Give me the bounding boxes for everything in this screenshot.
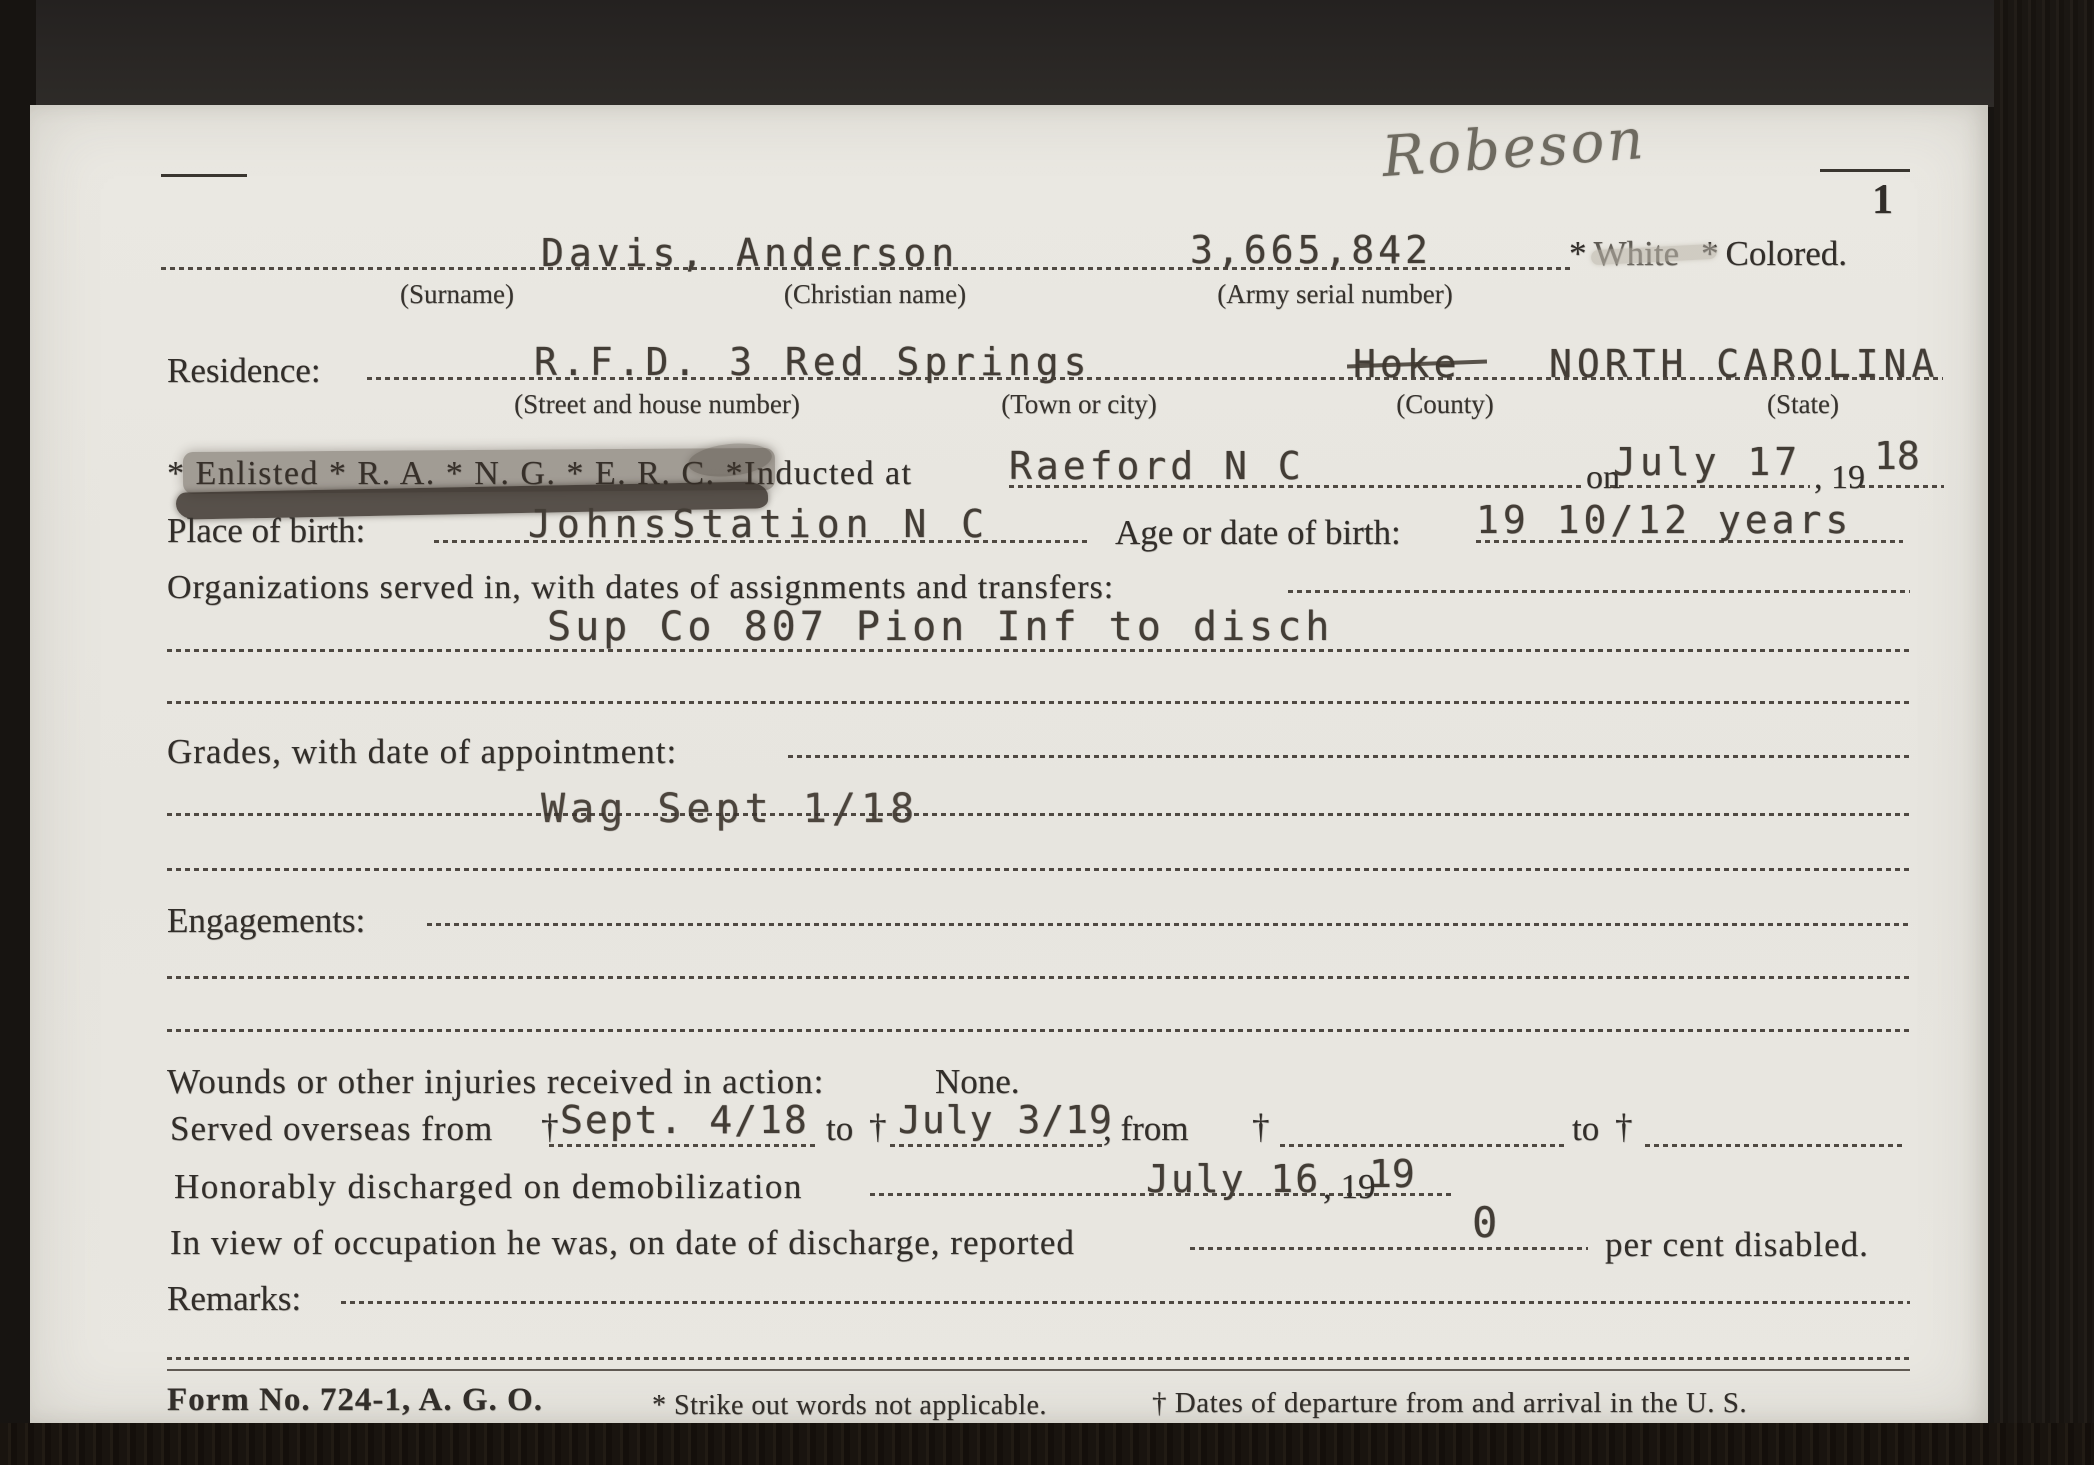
- disability-label: In view of occupation he was, on date of…: [170, 1223, 1075, 1263]
- dotted-line: [167, 649, 1910, 652]
- typed-discharge-year: 19: [1369, 1152, 1415, 1196]
- typed-discharge-date: July 16: [1146, 1157, 1320, 1201]
- dotted-line: [1610, 485, 1810, 488]
- corner-dash-mark: [161, 174, 247, 177]
- scanned-document-page: { "scan": { "page_number": "1", "handwri…: [0, 0, 2094, 1465]
- dotted-line: [341, 1301, 1910, 1304]
- race-options: *White*Colored.: [1569, 234, 1847, 274]
- scan-frame-right: [1994, 0, 2094, 1465]
- engagements-label: Engagements:: [167, 901, 365, 941]
- dotted-line: [167, 1029, 1910, 1032]
- dotted-line: [427, 923, 1910, 926]
- page-number: 1: [1872, 176, 1893, 224]
- to-label: to: [826, 1109, 853, 1149]
- serial-number-caption: (Army serial number): [1217, 279, 1452, 310]
- wounds-label: Wounds or other injuries received in act…: [167, 1062, 824, 1102]
- page-number-rule: [1820, 169, 1910, 172]
- typed-serial-number: 3,665,842: [1190, 228, 1432, 272]
- year-prefix-label: , 19: [1814, 459, 1865, 497]
- dagger-symbol: †: [1252, 1107, 1270, 1147]
- typed-age: 19 10/12 years: [1476, 498, 1852, 542]
- organizations-label: Organizations served in, with dates of a…: [167, 569, 1114, 607]
- race-colored-label: Colored.: [1726, 234, 1848, 273]
- from-label: , from: [1103, 1109, 1189, 1149]
- dagger-symbol: †: [869, 1107, 887, 1147]
- footnote-dates: † Dates of departure from and arrival in…: [1152, 1387, 1747, 1420]
- dotted-line: [1190, 1247, 1588, 1250]
- typed-state: NORTH CAROLINA: [1549, 342, 1939, 386]
- dotted-line: [890, 1144, 1103, 1147]
- rule-line: [167, 1369, 1910, 1371]
- dotted-line: [788, 755, 1910, 758]
- typed-grade: Wag Sept 1/18: [541, 786, 919, 832]
- typed-organizations: Sup Co 807 Pion Inf to disch: [547, 604, 1333, 650]
- disability-suffix-label: per cent disabled.: [1605, 1225, 1869, 1265]
- wounds-value: None.: [935, 1062, 1020, 1102]
- christian-name-caption: (Christian name): [784, 279, 966, 310]
- dotted-line: [1476, 540, 1903, 543]
- dotted-line: [167, 701, 1910, 704]
- scan-frame-top: [36, 0, 2094, 107]
- year-prefix-label: , 19: [1323, 1167, 1376, 1207]
- to-label: to: [1572, 1109, 1599, 1149]
- dotted-line: [167, 813, 1910, 816]
- dotted-line: [1860, 485, 1944, 488]
- typed-disability-percent: 0: [1472, 1198, 1497, 1247]
- typed-induction-place: Raeford N C: [1009, 444, 1305, 488]
- dotted-line: [549, 1144, 815, 1147]
- place-of-birth-label: Place of birth:: [167, 511, 365, 551]
- grades-label: Grades, with date of appointment:: [167, 732, 677, 772]
- typed-overseas-to: July 3/19: [898, 1098, 1113, 1142]
- street-caption: (Street and house number): [514, 389, 800, 420]
- typed-induction-date: July 17: [1613, 440, 1801, 484]
- dotted-line: [167, 976, 1910, 979]
- discharge-label: Honorably discharged on demobilization: [174, 1167, 803, 1207]
- typed-overseas-from: Sept. 4/18: [560, 1098, 809, 1142]
- typed-street: R.F.D. 3 Red Springs: [534, 340, 1092, 384]
- overseas-label: Served overseas from: [170, 1109, 493, 1149]
- footnote-strike-out: * Strike out words not applicable.: [652, 1390, 1047, 1422]
- dotted-line: [167, 1357, 1910, 1360]
- county-caption: (County): [1396, 389, 1494, 420]
- dotted-line: [167, 868, 1910, 871]
- dotted-line: [1288, 590, 1910, 593]
- dagger-symbol: †: [541, 1107, 559, 1147]
- typed-induction-year: 18: [1874, 434, 1920, 478]
- dotted-line: [1280, 1144, 1565, 1147]
- typed-birth-place: JohnsStation N C: [528, 502, 990, 546]
- typed-name: Davis, Anderson: [541, 231, 959, 275]
- state-caption: (State): [1767, 389, 1839, 420]
- asterisk: *: [1569, 234, 1587, 273]
- surname-caption: (Surname): [400, 279, 514, 310]
- residence-label: Residence:: [167, 351, 321, 391]
- age-label: Age or date of birth:: [1115, 513, 1401, 553]
- form-number: Form No. 724-1, A. G. O.: [167, 1382, 543, 1419]
- dotted-line: [1009, 485, 1583, 488]
- remarks-label: Remarks:: [167, 1279, 301, 1319]
- dotted-line: [1645, 1144, 1905, 1147]
- town-caption: (Town or city): [1001, 389, 1157, 420]
- scan-frame-bottom: [0, 1423, 2094, 1465]
- dagger-symbol: †: [1615, 1107, 1633, 1147]
